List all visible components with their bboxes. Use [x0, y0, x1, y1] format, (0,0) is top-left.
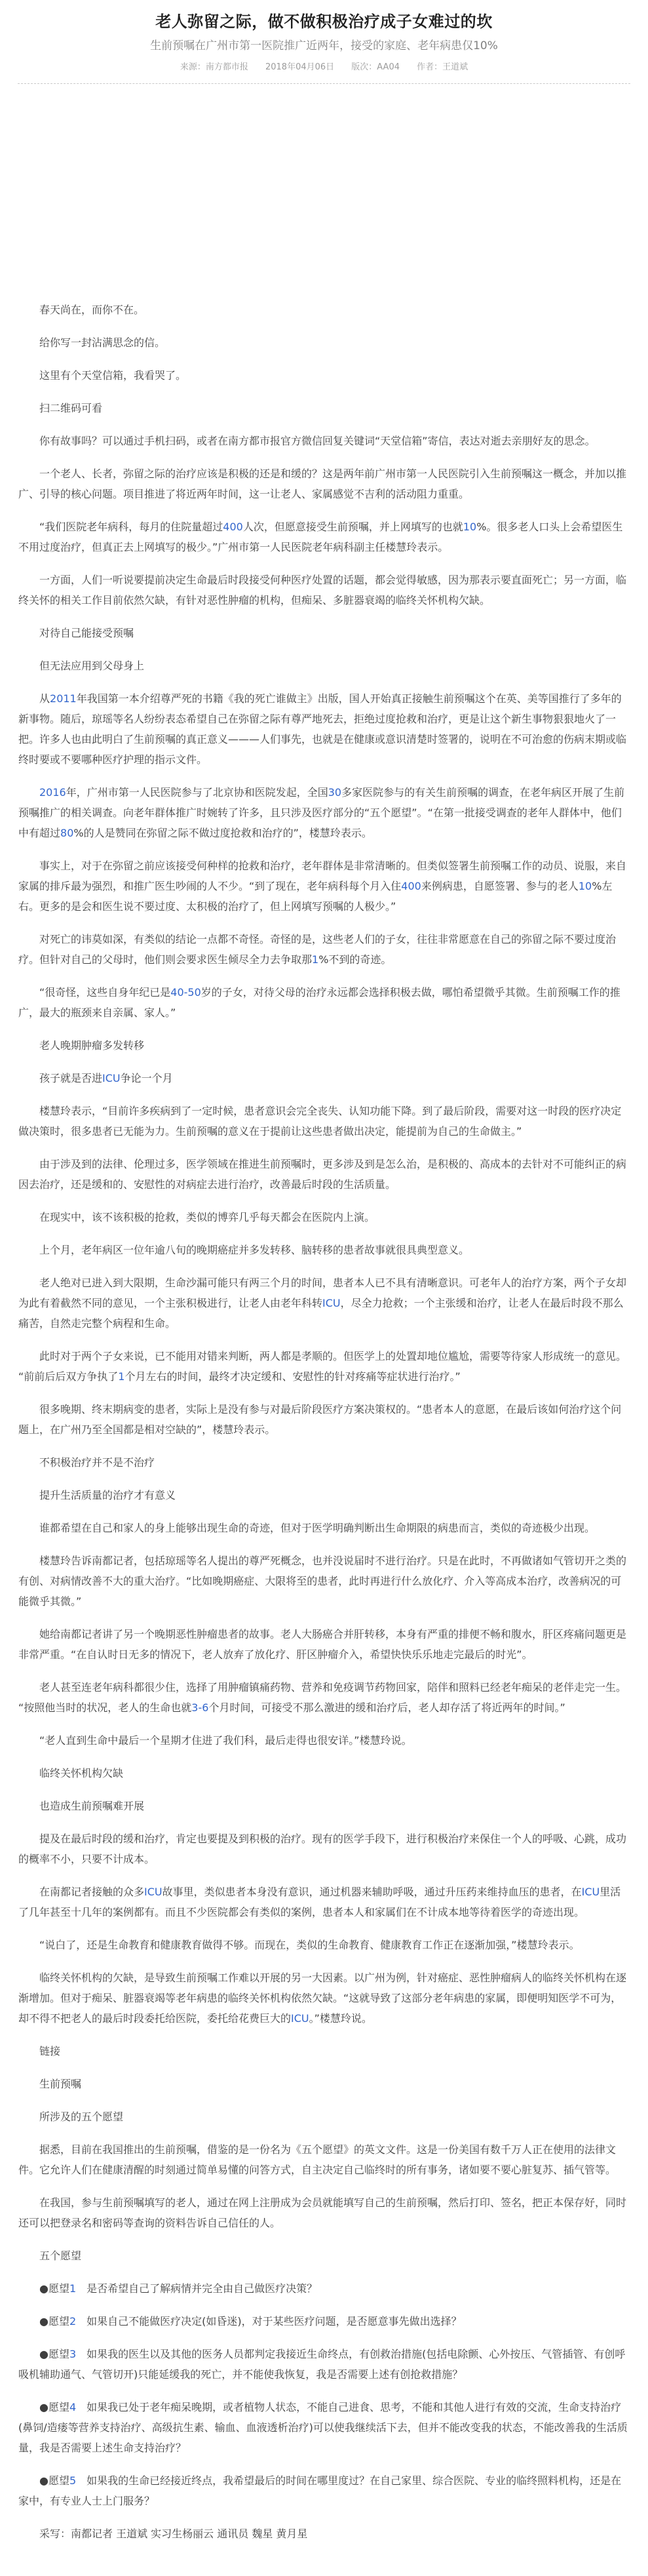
paragraph: 孩子就是否进ICU争论一个月	[18, 1068, 630, 1088]
article-page: 老人弥留之际，做不做积极治疗成子女难过的坎 生前预嘱在广州市第一医院推广近两年，…	[0, 0, 648, 2576]
paragraph: 由于涉及到的法律、伦理过多，医学领域在推进生前预嘱时，更多涉及到是怎么治，是积极…	[18, 1154, 630, 1195]
paragraph: “说白了，还是生命教育和健康教育做得不够。而现在，类似的生命教育、健康教育工作正…	[18, 1935, 630, 1955]
text-segment: %的人是赞同在弥留之际不做过度抢救和治疗的”，楼慧玲表示。	[73, 827, 372, 839]
paragraph: 老人晚期肿瘤多发转移	[18, 1035, 630, 1056]
paragraph: 也造成生前预嘱难开展	[18, 1796, 630, 1816]
text-segment: 据悉，目前在我国推出的生前预嘱，借鉴的是一份名为《五个愿望》的英文文件。这是一份…	[18, 2143, 616, 2176]
text-segment: 链接	[39, 2045, 60, 2057]
text-segment: 老人晚期肿瘤多发转移	[39, 1039, 144, 1052]
paragraph: 据悉，目前在我国推出的生前预嘱，借鉴的是一份名为《五个愿望》的英文文件。这是一份…	[18, 2139, 630, 2180]
highlighted-number: 1	[69, 2282, 76, 2295]
paragraph: 老人绝对已进入到大限期，生命沙漏可能只有两三个月的时间，患者本人已不具有清晰意识…	[18, 1273, 630, 1334]
highlighted-number: 400	[401, 880, 421, 892]
paragraph: 不积极治疗并不是不治疗	[18, 1452, 630, 1473]
paragraph: 老人甚至连老年病科都很少住，选择了用肿瘤镇痛药物、营养和免疫调节药物回家，陪伴和…	[18, 1677, 630, 1718]
highlighted-number: 4	[69, 2401, 76, 2413]
highlighted-number: 40-50	[170, 986, 201, 999]
meta-date: 2018年04月06日	[265, 62, 334, 72]
text-segment: 如果我的生命已经接近终点，我希望最后的时间在哪里度过？在自己家里、综合医院、专业…	[18, 2474, 621, 2507]
text-segment: ●愿望	[39, 2348, 69, 2360]
text-segment: 在现实中，该不该积极的抢救，类似的博弈几乎每天都会在医院内上演。	[39, 1211, 375, 1223]
paragraph: “我们医院老年病科，每月的住院量超过400人次，但愿意接受生前预嘱，并上网填写的…	[18, 517, 630, 557]
text-segment: 个月时间，可接受不那么激进的缓和治疗后，老人却存活了将近两年的时间。”	[208, 1701, 565, 1714]
paragraph: 采写：南都记者 王道斌 实习生杨丽云 通讯员 魏星 黄月星	[18, 2524, 630, 2544]
highlighted-number: ICU	[582, 1886, 600, 1898]
text-segment: 谁都希望在自己和家人的身上能够出现生命的奇迹，但对于医学明确判断出生命期限的病患…	[39, 1522, 595, 1534]
text-segment: 也造成生前预嘱难开展	[39, 1800, 144, 1812]
highlighted-number: 2011	[50, 692, 77, 705]
article-body: 春天尚在，而你不在。给你写一封沾满思念的信。这里有个天堂信箱，我看哭了。扫二维码…	[0, 300, 648, 2576]
text-segment: 故事里，类似患者本身没有意识，通过机器来辅助呼吸，通过升压药来维持血压的患者，在	[162, 1886, 582, 1898]
text-segment: 在我国，参与生前预嘱填写的老人，通过在网上注册成为会员就能填写自己的生前预嘱，然…	[18, 2196, 626, 2229]
meta-source: 来源：南方都市报	[180, 62, 248, 72]
text-segment: 上个月，老年病区一位年逾八旬的晚期癌症并多发转移、脑转移的患者故事就很具典型意义…	[39, 1244, 469, 1256]
paragraph: 一方面，人们一听说要提前决定生命最后时段接受何种医疗处置的话题，都会觉得敏感，因…	[18, 570, 630, 610]
text-segment: 她给南都记者讲了另一个晚期恶性肿瘤患者的故事。老人大肠癌合并肝转移，本身有严重的…	[18, 1628, 626, 1661]
paragraph: 临终关怀机构的欠缺，是导致生前预嘱工作难以开展的另一大因素。以广州为例，针对癌症…	[18, 1968, 630, 2029]
text-segment: ●愿望	[39, 2315, 69, 2328]
text-segment: 提升生活质量的治疗才有意义	[39, 1489, 176, 1501]
paragraph: 生前预嘱	[18, 2074, 630, 2094]
paragraph: 一个老人、长者，弥留之际的治疗应该是积极的还是和缓的？这是两年前广州市第一人民医…	[18, 464, 630, 504]
highlighted-number: 80	[60, 827, 73, 839]
text-segment: %不到的奇迹。	[318, 953, 391, 966]
text-segment: 五个愿望	[39, 2249, 81, 2262]
text-segment: 个月左右的时间，最终才决定缓和、安慰性的针对疼痛等症状进行治疗。”	[124, 1370, 460, 1383]
text-segment: 一个老人、长者，弥留之际的治疗应该是积极的还是和缓的？这是两年前广州市第一人民医…	[18, 467, 626, 500]
text-segment: 这里有个天堂信箱，我看哭了。	[39, 369, 186, 382]
paragraph: 给你写一封沾满思念的信。	[18, 332, 630, 353]
text-segment: 来例病患，自愿签署、参与的老人	[421, 880, 579, 892]
highlighted-number: 10	[463, 521, 476, 533]
highlighted-number: 5	[69, 2474, 76, 2487]
highlighted-number: 30	[328, 786, 341, 799]
text-segment: 但无法应用到父母身上	[39, 660, 144, 672]
paragraph: 上个月，老年病区一位年逾八旬的晚期癌症并多发转移、脑转移的患者故事就很具典型意义…	[18, 1240, 630, 1260]
text-segment: 如果自己不能做医疗决定(如昏迷)，对于某些医疗问题，是否愿意事先做出选择？	[76, 2315, 462, 2328]
text-segment: “说白了，还是生命教育和健康教育做得不够。而现在，类似的生命教育、健康教育工作正…	[39, 1939, 580, 1951]
text-segment: 如果我的医生以及其他的医务人员都判定我接近生命终点，有创救治措施(包括电除颤、心…	[18, 2348, 625, 2381]
text-segment: 楼慧玲告诉南都记者，包括琼瑶等名人提出的尊严死概念，也并没说届时不进行治疗。只是…	[18, 1555, 626, 1608]
paragraph: 对死亡的讳莫如深，有类似的结论一点都不奇怪。奇怪的是，这些老人们的子女，往往非常…	[18, 929, 630, 970]
text-segment: “很奇怪，这些自身年纪已是	[39, 986, 170, 999]
paragraph: 在我国，参与生前预嘱填写的老人，通过在网上注册成为会员就能填写自己的生前预嘱，然…	[18, 2192, 630, 2233]
text-segment: 对待自己能接受预嘱	[39, 627, 134, 639]
paragraph: 她给南都记者讲了另一个晚期恶性肿瘤患者的故事。老人大肠癌合并肝转移，本身有严重的…	[18, 1624, 630, 1665]
paragraph: 五个愿望	[18, 2246, 630, 2266]
paragraph: “很奇怪，这些自身年纪已是40-50岁的子女，对待父母的治疗永远都会选择积极去做…	[18, 982, 630, 1023]
paragraph: 从2011年我国第一本介绍尊严死的书籍《我的死亡谁做主》出版，国人开始真正接触生…	[18, 688, 630, 770]
text-segment: “老人直到生命中最后一个星期才住进了我们科，最后走得也很安详。”楼慧玲说。	[39, 1734, 412, 1747]
paragraph: 所涉及的五个愿望	[18, 2107, 630, 2127]
text-segment: 是否希望自己了解病情并完全由自己做医疗决策？	[76, 2282, 317, 2295]
paragraph: 春天尚在，而你不在。	[18, 300, 630, 320]
paragraph: 对待自己能接受预嘱	[18, 623, 630, 643]
text-segment: “我们医院老年病科，每月的住院量超过	[39, 521, 223, 533]
paragraph: 扫二维码可看	[18, 398, 630, 418]
highlighted-number: 10	[579, 880, 592, 892]
text-segment: 如果我已处于老年痴呆晚期，或者植物人状态，不能自己进食、思考，不能和其他人进行有…	[18, 2401, 628, 2454]
article-header: 老人弥留之际，做不做积极治疗成子女难过的坎 生前预嘱在广州市第一医院推广近两年，…	[0, 0, 648, 83]
text-segment: 春天尚在，而你不在。	[39, 304, 144, 316]
text-segment: 所涉及的五个愿望	[39, 2110, 123, 2123]
text-segment: 从	[39, 692, 50, 705]
paragraph: 临终关怀机构欠缺	[18, 1763, 630, 1783]
meta-author: 作者：王道斌	[417, 62, 468, 72]
text-segment: 一方面，人们一听说要提前决定生命最后时段接受何种医疗处置的话题，都会觉得敏感，因…	[18, 574, 626, 606]
text-segment: ●愿望	[39, 2474, 69, 2487]
highlighted-number: ICU	[291, 2012, 309, 2025]
paragraph: 但无法应用到父母身上	[18, 656, 630, 676]
paragraph: 楼慧玲表示，“目前许多疾病到了一定时候，患者意识会完全丧失、认知功能下降。到了最…	[18, 1101, 630, 1141]
text-segment: 楼慧玲表示，“目前许多疾病到了一定时候，患者意识会完全丧失、认知功能下降。到了最…	[18, 1105, 621, 1138]
text-segment: 提及在最后时段的缓和治疗，肯定也要提及到积极的治疗。现有的医学手段下，进行积极治…	[18, 1833, 626, 1865]
paragraph: 谁都希望在自己和家人的身上能够出现生命的奇迹，但对于医学明确判断出生命期限的病患…	[18, 1518, 630, 1538]
text-segment: 临终关怀机构欠缺	[39, 1767, 123, 1779]
paragraph: 提及在最后时段的缓和治疗，肯定也要提及到积极的治疗。现有的医学手段下，进行积极治…	[18, 1829, 630, 1869]
text-segment: 年，广州市第一人民医院参与了北京协和医院发起，全国	[66, 786, 328, 799]
text-segment: 人次，但愿意接受生前预嘱，并上网填写的也就	[243, 521, 463, 533]
text-segment: 由于涉及到的法律、伦理过多，医学领域在推进生前预嘱时，更多涉及到是怎么治，是积极…	[18, 1158, 626, 1191]
text-segment: 年我国第一本介绍尊严死的书籍《我的死亡谁做主》出版，国人开始真正接触生前预嘱这个…	[18, 692, 626, 766]
paragraph: 在现实中，该不该积极的抢救，类似的博弈几乎每天都会在医院内上演。	[18, 1207, 630, 1227]
page-title: 老人弥留之际，做不做积极治疗成子女难过的坎	[18, 10, 630, 33]
highlighted-number: 2016	[39, 786, 66, 799]
paragraph: 很多晚期、终末期病变的患者，实际上是没有参与对最后阶段医疗方案决策权的。“患者本…	[18, 1399, 630, 1440]
highlighted-number: 1	[312, 953, 318, 966]
highlighted-number: 400	[223, 521, 243, 533]
text-segment: 扫二维码可看	[39, 402, 102, 414]
text-segment: 生前预嘱	[39, 2078, 81, 2090]
image-placeholder	[0, 84, 648, 287]
text-segment: ●愿望	[39, 2282, 69, 2295]
paragraph: ●愿望2 如果自己不能做医疗决定(如昏迷)，对于某些医疗问题，是否愿意事先做出选…	[18, 2311, 630, 2331]
text-segment: 。”楼慧玲说。	[309, 2012, 372, 2025]
page-subtitle: 生前预嘱在广州市第一医院推广近两年，接受的家庭、老年病患仅10%	[18, 37, 630, 54]
paragraph: ●愿望1 是否希望自己了解病情并完全由自己做医疗决策？	[18, 2278, 630, 2299]
highlighted-number: 1	[118, 1370, 124, 1383]
highlighted-number: 2	[69, 2315, 76, 2328]
highlighted-number: ICU	[102, 1072, 121, 1084]
highlighted-number: ICU	[322, 1297, 341, 1309]
paragraph: ●愿望4 如果我已处于老年痴呆晚期，或者植物人状态，不能自己进食、思考，不能和其…	[18, 2397, 630, 2458]
meta-line: 来源：南方都市报 2018年04月06日 版次：AA04 作者：王道斌	[18, 62, 630, 83]
paragraph: 事实上，对于在弥留之前应该接受何种样的抢救和治疗，老年群体是非常清晰的。但类似签…	[18, 856, 630, 917]
text-segment: ●愿望	[39, 2401, 69, 2413]
paragraph: ●愿望5 如果我的生命已经接近终点，我希望最后的时间在哪里度过？在自己家里、综合…	[18, 2470, 630, 2511]
paragraph: 2016年，广州市第一人民医院参与了北京协和医院发起，全国30多家医院参与的有关…	[18, 782, 630, 843]
text-segment: 孩子就是否进	[39, 1072, 102, 1084]
highlighted-number: ICU	[144, 1886, 162, 1898]
text-segment: 很多晚期、终末期病变的患者，实际上是没有参与对最后阶段医疗方案决策权的。“患者本…	[18, 1403, 621, 1436]
paragraph: 提升生活质量的治疗才有意义	[18, 1485, 630, 1505]
paragraph: “老人直到生命中最后一个星期才住进了我们科，最后走得也很安详。”楼慧玲说。	[18, 1730, 630, 1751]
paragraph: ●愿望3 如果我的医生以及其他的医务人员都判定我接近生命终点，有创救治措施(包括…	[18, 2344, 630, 2385]
paragraph: 这里有个天堂信箱，我看哭了。	[18, 365, 630, 386]
text-segment: 在南都记者接触的众多	[39, 1886, 144, 1898]
text-segment: 你有故事吗？可以通过手机扫码，或者在南方都市报官方微信回复关键词“天堂信箱”寄信…	[39, 435, 596, 447]
text-segment: 争论一个月	[121, 1072, 173, 1084]
paragraph: 链接	[18, 2041, 630, 2061]
meta-edition: 版次：AA04	[351, 62, 400, 72]
paragraph: 此时对于两个子女来说，已不能用对错来判断，两人都是孝顺的。但医学上的处置却地位尴…	[18, 1346, 630, 1387]
paragraph: 楼慧玲告诉南都记者，包括琼瑶等名人提出的尊严死概念，也并没说届时不进行治疗。只是…	[18, 1551, 630, 1612]
text-segment: 采写：南都记者 王道斌 实习生杨丽云 通讯员 魏星 黄月星	[39, 2527, 307, 2540]
text-segment: 给你写一封沾满思念的信。	[39, 336, 165, 349]
paragraph: 你有故事吗？可以通过手机扫码，或者在南方都市报官方微信回复关键词“天堂信箱”寄信…	[18, 431, 630, 451]
highlighted-number: 3	[69, 2348, 76, 2360]
highlighted-number: 3-6	[191, 1701, 208, 1714]
paragraph: 在南都记者接触的众多ICU故事里，类似患者本身没有意识，通过机器来辅助呼吸，通过…	[18, 1882, 630, 1922]
text-segment: 不积极治疗并不是不治疗	[39, 1456, 155, 1469]
